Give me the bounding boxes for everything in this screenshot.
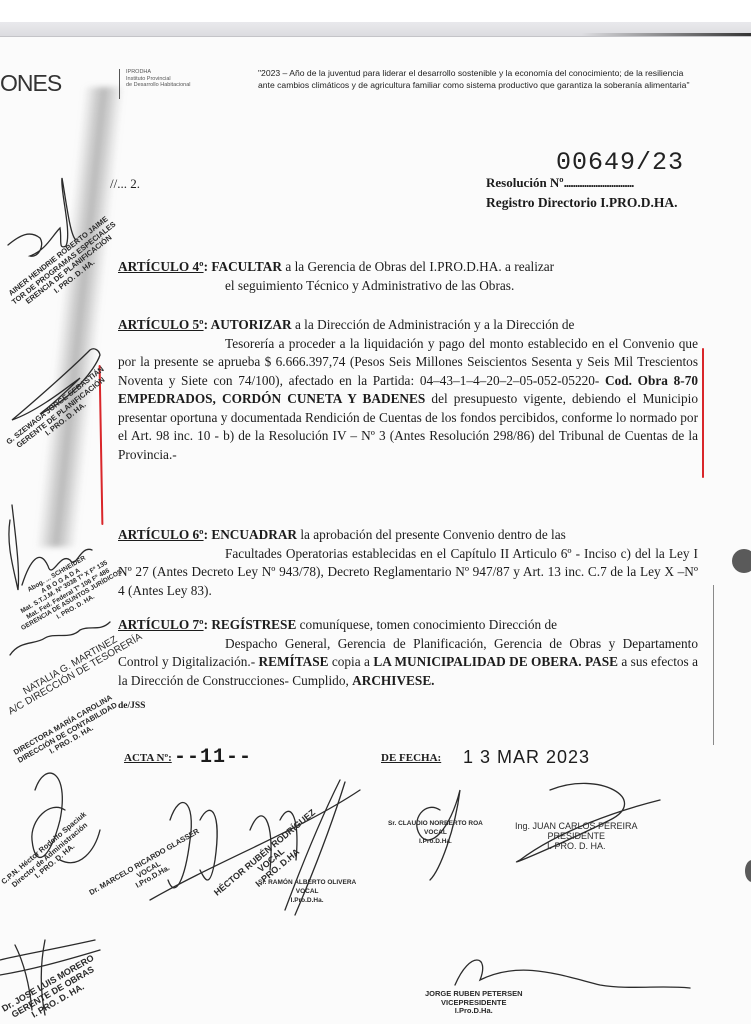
article-verb: FACULTAR bbox=[211, 259, 282, 274]
stamp-roa: Sr. CLAUDIO NORBERTO ROAVOCALI.Pro.D.Ha. bbox=[388, 819, 483, 846]
article-4: ARTÍCULO 4º: FACULTAR a la Gerencia de O… bbox=[118, 258, 698, 295]
article-heading: ARTÍCULO 6º bbox=[118, 527, 204, 542]
registry-label: Registro Directorio I.PRO.D.HA. bbox=[486, 195, 677, 211]
acta-label: ACTA Nº: bbox=[124, 752, 172, 764]
page-edge-line bbox=[713, 585, 714, 745]
resolution-number: 00649/23 bbox=[556, 148, 684, 177]
stamp-petersen: JORGE RUBEN PETERSENVICEPRESIDENTEI.Pro.… bbox=[425, 990, 523, 1016]
resolution-label: Resolución Nº...........................… bbox=[486, 175, 633, 191]
date-label: DE FECHA: bbox=[381, 752, 441, 764]
date-stamp: 1 3 MAR 2023 bbox=[463, 747, 590, 768]
article-7: ARTÍCULO 7º: REGÍSTRESE comuníquese, tom… bbox=[118, 616, 698, 690]
stamp-pereira: Ing. JUAN CARLOS PEREIRAPRESIDENTEI. PRO… bbox=[515, 821, 638, 851]
article-verb: ENCUADRAR bbox=[211, 527, 297, 542]
stamp-olivera: Sr. RAMÓN ALBERTO OLIVERAVOCALI.Pro.D.Ha… bbox=[258, 878, 356, 905]
binding-shadow bbox=[36, 87, 124, 547]
logo-subtitle: IPRODHA Instituto Provincial de Desarrol… bbox=[126, 69, 191, 89]
logo-separator bbox=[119, 69, 120, 99]
red-margin-mark bbox=[702, 348, 704, 478]
article-body: el seguimiento Técnico y Administrativo … bbox=[118, 277, 698, 296]
article-heading: ARTÍCULO 5º bbox=[118, 317, 204, 332]
article-verb: AUTORIZAR bbox=[211, 317, 292, 332]
article-heading: ARTÍCULO 4º bbox=[118, 259, 204, 274]
punch-hole bbox=[732, 549, 751, 573]
institution-logo: ONES bbox=[0, 70, 61, 97]
typist-initials: de/JSS bbox=[118, 701, 145, 711]
year-motto: "2023 – Año de la juventud para liderar … bbox=[258, 68, 698, 91]
page-reference: //... 2. bbox=[110, 176, 140, 192]
page-edge-strip bbox=[0, 22, 751, 37]
viewer-top-bar bbox=[0, 0, 751, 22]
article-6: ARTÍCULO 6º: ENCUADRAR la aprobación del… bbox=[118, 526, 698, 600]
acta-number: --11-- bbox=[174, 746, 252, 769]
article-verb: REGÍSTRESE bbox=[211, 617, 296, 632]
article-5: ARTÍCULO 5º: AUTORIZAR a la Dirección de… bbox=[118, 316, 698, 464]
